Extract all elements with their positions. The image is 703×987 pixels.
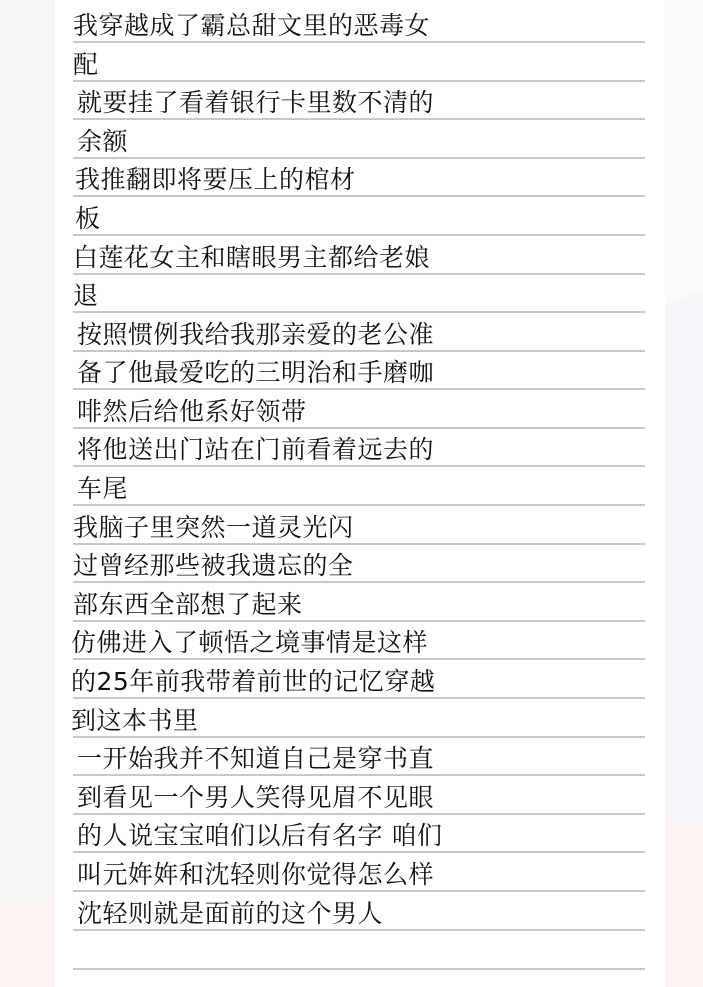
text-line: 一开始我并不知道自己是穿书直 [73, 737, 645, 776]
text-line: 的25年前我带着前世的记忆穿越 [73, 660, 645, 699]
text-line: 车尾 [73, 467, 645, 506]
text-line: 我推翻即将要压上的棺材 [73, 158, 645, 197]
text-line: 按照惯例我给我那亲爱的老公准 [73, 313, 645, 352]
text-line: 白莲花女主和瞎眼男主都给老娘 [73, 236, 645, 275]
line-text: 仿佛进入了顿悟之境事情是这样 [71, 629, 428, 657]
text-line: 叫元姩姩和沈轻则你觉得怎么样 [73, 853, 645, 892]
line-text: 我脑子里突然一道灵光闪 [73, 514, 354, 542]
text-line: 沈轻则就是面前的这个男人 [73, 892, 645, 931]
line-text: 我推翻即将要压上的棺材 [75, 166, 356, 194]
text-line [73, 931, 645, 970]
line-text: 白莲花女主和瞎眼男主都给老娘 [73, 244, 430, 272]
text-line: 的人说宝宝咱们以后有名字 咱们 [73, 814, 645, 853]
line-text: 的25年前我带着前世的记忆穿越 [71, 668, 435, 696]
line-text: 备了他最爱吃的三明治和手磨咖 [77, 359, 434, 387]
text-line: 过曾经那些被我遗忘的全 [73, 544, 645, 583]
text-line: 备了他最爱吃的三明治和手磨咖 [73, 351, 645, 390]
line-text: 退 [73, 282, 99, 310]
text-line: 配 [73, 43, 645, 82]
line-text: 叫元姩姩和沈轻则你觉得怎么样 [77, 861, 434, 889]
line-text: 沈轻则就是面前的这个男人 [77, 900, 383, 928]
line-text: 板 [75, 205, 101, 233]
line-text: 一开始我并不知道自己是穿书直 [77, 745, 434, 773]
line-text: 按照惯例我给我那亲爱的老公准 [77, 321, 434, 349]
text-line: 仿佛进入了顿悟之境事情是这样 [73, 621, 645, 660]
lined-page: 我穿越成了霸总甜文里的恶毒女配就要挂了看着银行卡里数不清的余额我推翻即将要压上的… [55, 0, 665, 987]
line-text: 的人说宝宝咱们以后有名字 咱们 [77, 822, 442, 850]
line-text: 过曾经那些被我遗忘的全 [73, 552, 354, 580]
line-text: 车尾 [77, 475, 128, 503]
line-text: 部东西全部想了起来 [73, 591, 303, 619]
line-text: 我穿越成了霸总甜文里的恶毒女 [73, 12, 430, 40]
line-text: 啡然后给他系好领带 [77, 398, 307, 426]
line-text: 到看见一个男人笑得见眉不见眼 [77, 784, 434, 812]
background-right-accent [665, 820, 703, 987]
text-line: 将他送出门站在门前看着远去的 [73, 428, 645, 467]
text-line: 我脑子里突然一道灵光闪 [73, 506, 645, 545]
line-text: 到这本书里 [71, 707, 199, 735]
text-line: 退 [73, 274, 645, 313]
text-line: 板 [73, 197, 645, 236]
background-left-accent [0, 900, 55, 987]
text-line: 到这本书里 [73, 699, 645, 738]
text-line: 部东西全部想了起来 [73, 583, 645, 622]
line-text: 余额 [77, 128, 128, 156]
text-line: 就要挂了看着银行卡里数不清的 [73, 81, 645, 120]
line-text: 就要挂了看着银行卡里数不清的 [77, 89, 434, 117]
line-text: 将他送出门站在门前看着远去的 [77, 436, 434, 464]
text-line: 啡然后给他系好领带 [73, 390, 645, 429]
text-line: 我穿越成了霸总甜文里的恶毒女 [73, 4, 645, 43]
line-text: 配 [73, 51, 99, 79]
text-line: 余额 [73, 120, 645, 159]
text-line: 到看见一个男人笑得见眉不见眼 [73, 776, 645, 815]
